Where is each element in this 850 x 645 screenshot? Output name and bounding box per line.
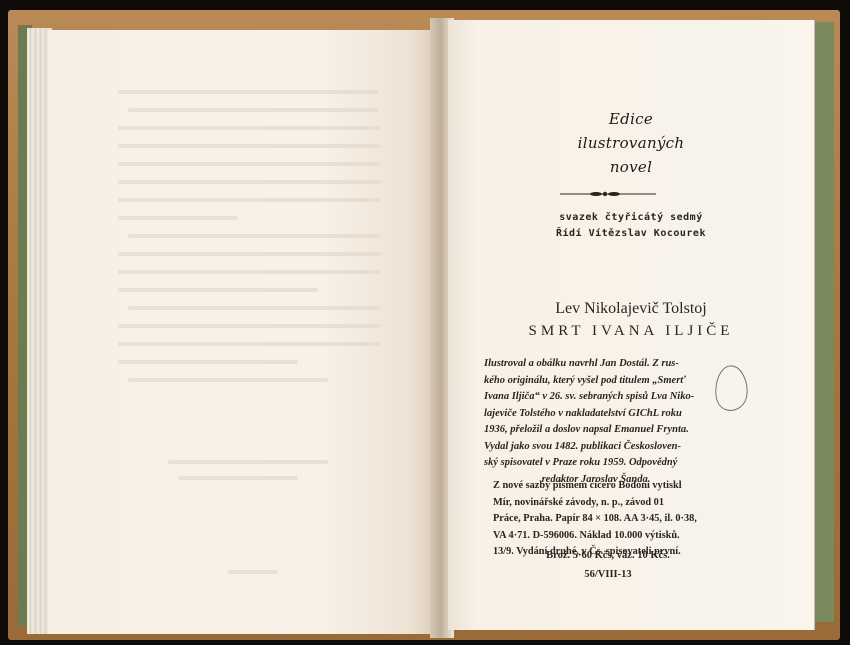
credits-line: ský spisovatel v Praze roku 1959. Odpově… <box>484 455 708 472</box>
credits-line: Vydal jako svou 1482. publikaci Českoslo… <box>484 439 708 456</box>
print-line: Práce, Praha. Papír 84 × 108. AA 3·45, i… <box>493 511 711 528</box>
show-through-line <box>118 288 318 292</box>
show-through-line <box>128 108 378 112</box>
price-line: Brož. 5·60 Kčs, váz. 10 Kčs. <box>448 550 768 561</box>
series-script-line-3: novel <box>448 156 814 178</box>
series-script-line-1: Edice <box>448 108 814 130</box>
show-through-line <box>118 252 380 256</box>
imprint-page: Edice ilustrovaných novel svazek čtyřicá… <box>448 20 814 630</box>
show-through-line <box>118 324 380 328</box>
show-through-line <box>128 378 328 382</box>
show-through-line <box>118 360 298 364</box>
right-endpaper <box>812 22 834 622</box>
show-through-line <box>128 306 380 310</box>
show-through-line <box>118 180 380 184</box>
show-through-line <box>228 570 278 574</box>
series-script-line-2: ilustrovaných <box>448 132 814 154</box>
show-through-line <box>118 162 380 166</box>
catalog-number: 56/VIII-13 <box>448 569 768 580</box>
print-line: VA 4·71. D-596006. Náklad 10.000 výtisků… <box>493 528 711 545</box>
pencil-oval-mark-icon <box>712 364 750 414</box>
author-name: Lev Nikolajevič Tolstoj <box>448 300 814 318</box>
series-volume: svazek čtyřicátý sedmý <box>448 212 814 223</box>
show-through-line <box>168 460 328 464</box>
print-line: Mír, novinářské závody, n. p., závod 01 <box>493 495 711 512</box>
print-line: Z nové sazby písmem cicero Bodoni vytisk… <box>493 478 711 495</box>
show-through-line <box>118 216 238 220</box>
right-page: Edice ilustrovaných novel svazek čtyřicá… <box>448 20 814 630</box>
credits-line: Ilustroval a obálku navrhl Jan Dostál. Z… <box>484 356 708 373</box>
left-page <box>48 30 438 634</box>
show-through-line <box>118 270 380 274</box>
credits-line: Ivana Iljiča“ v 26. sv. sebraných spisů … <box>484 389 708 406</box>
series-editor: Řídí Vítězslav Kocourek <box>448 228 814 239</box>
show-through-line <box>118 198 380 202</box>
credits-line: kého originálu, který vyšel pod titulem … <box>484 373 708 390</box>
credits-line: 1936, přeložil a doslov napsal Emanuel F… <box>484 422 708 439</box>
credits-block: Ilustroval a obálku navrhl Jan Dostál. Z… <box>484 356 708 488</box>
book-title: SMRT IVANA ILJIČE <box>448 323 814 340</box>
show-through-line <box>118 144 380 148</box>
printing-info-block: Z nové sazby písmem cicero Bodoni vytisk… <box>493 478 711 561</box>
credits-line: lajeviče Tolstého v nakladatelství GIChL… <box>484 406 708 423</box>
show-through-line <box>128 234 380 238</box>
show-through-line <box>118 126 380 130</box>
show-through-line <box>178 476 298 480</box>
show-through-line <box>118 90 378 94</box>
ornament-rule-icon <box>560 191 656 197</box>
show-through-line <box>118 342 380 346</box>
